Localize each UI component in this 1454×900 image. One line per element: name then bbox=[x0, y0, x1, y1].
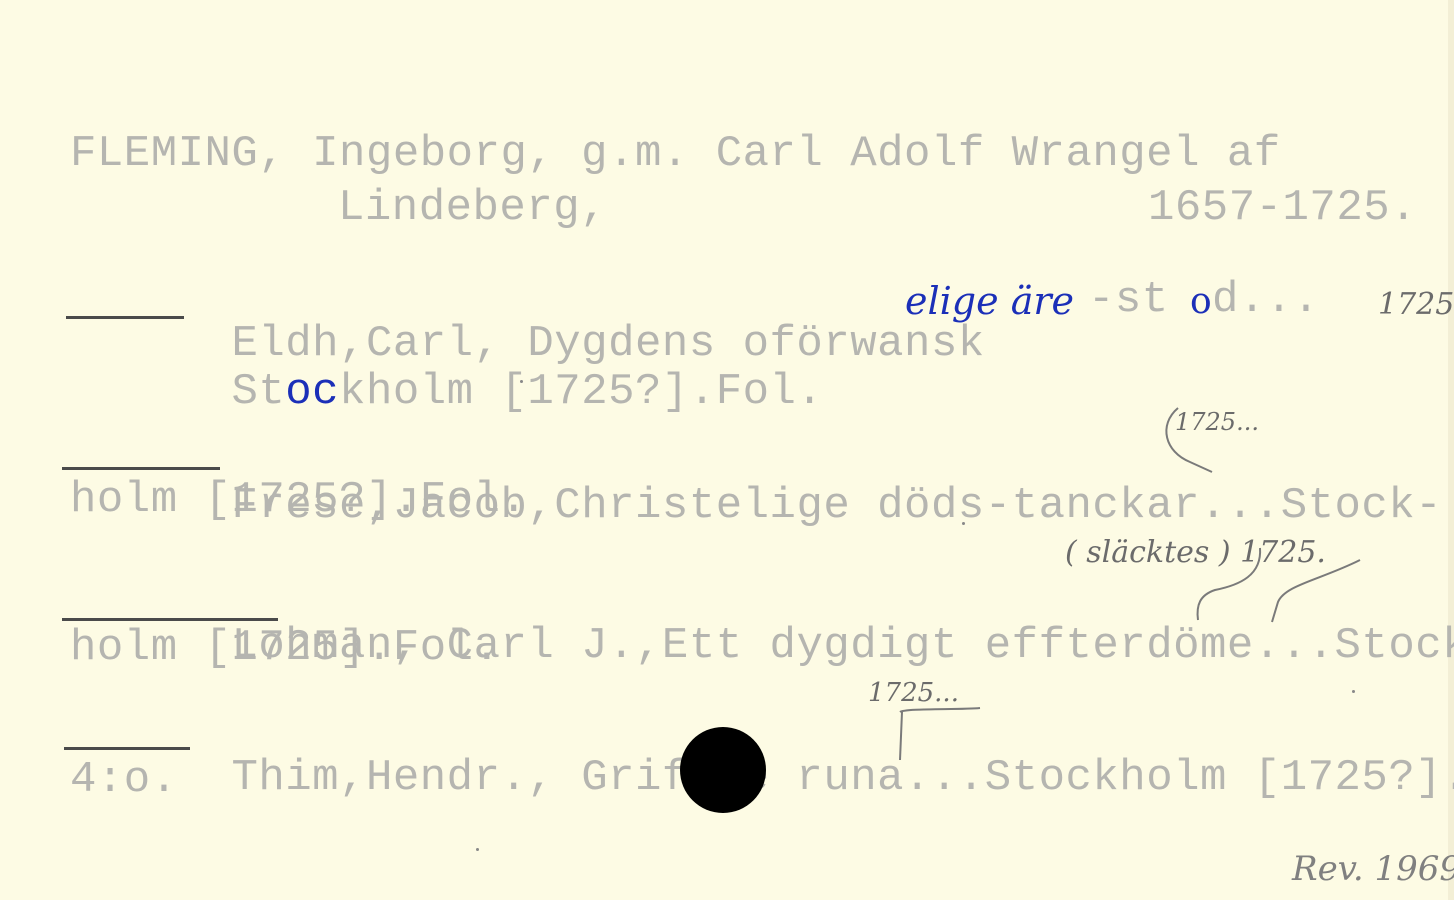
speck bbox=[1352, 690, 1355, 693]
revision-note: Rev. 1969 bbox=[1292, 852, 1454, 886]
punch-hole bbox=[680, 727, 766, 813]
catalog-card: FLEMING, Ingeborg, g.m. Carl Adolf Wrang… bbox=[0, 0, 1454, 900]
speck bbox=[476, 848, 479, 851]
speck bbox=[520, 380, 523, 383]
speck bbox=[962, 522, 965, 525]
